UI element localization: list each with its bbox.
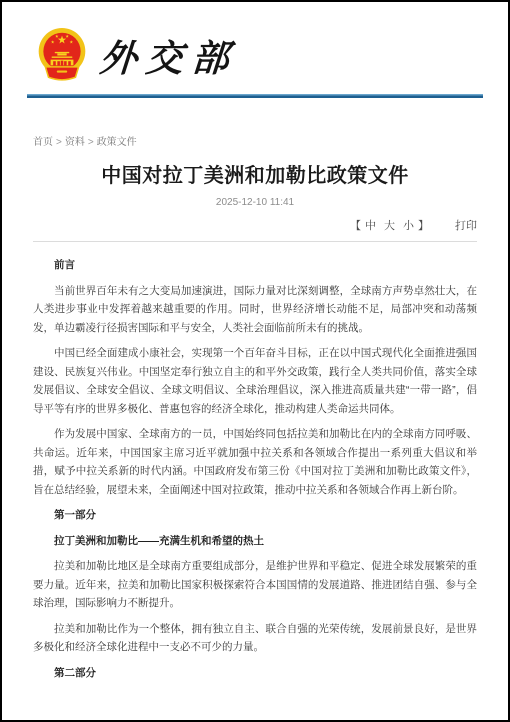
section-heading: 第一部分 xyxy=(33,506,477,525)
article-paragraph: 中国已经全面建成小康社会，实现第一个百年奋斗目标，正在以中国式现代化全面推进强国… xyxy=(33,344,477,418)
font-size-bracket-close: 】 xyxy=(418,217,429,233)
font-size-medium-button[interactable]: 中 xyxy=(365,217,376,233)
article-paragraph: 作为发展中国家、全球南方的一员，中国始终同包括拉美和加勒比在内的全球南方同呼吸、… xyxy=(33,425,477,499)
section-heading: 第二部分 xyxy=(33,664,477,683)
header-accent-line xyxy=(27,94,483,98)
breadcrumb-item-1[interactable]: 资料 xyxy=(65,137,85,148)
article-paragraph: 拉美和加勒比作为一个整体，拥有独立自主、联合自强的光荣传统，发展前景良好，是世界… xyxy=(33,620,477,657)
breadcrumb-item-2[interactable]: 政策文件 xyxy=(97,137,137,148)
breadcrumb-item-0[interactable]: 首页 xyxy=(33,137,53,148)
breadcrumb: 首页>资料>政策文件 xyxy=(33,133,477,148)
page: 外交部 首页>资料>政策文件 中国对拉丁美洲和加勒比政策文件 2025-12-1… xyxy=(2,2,508,720)
print-button[interactable]: 打印 xyxy=(455,217,477,233)
section-heading: 拉丁美洲和加勒比——充满生机和希望的热土 xyxy=(33,532,477,551)
breadcrumb-separator: > xyxy=(88,137,94,148)
article-paragraph: 拉美和加勒比地区是全球南方重要组成部分，是维护世界和平稳定、促进全球发展繁荣的重… xyxy=(33,557,477,613)
site-title-calligraphy: 外交部 xyxy=(98,28,240,82)
font-size-bracket-open: 【 xyxy=(350,217,361,233)
publish-date: 2025-12-10 11:41 xyxy=(2,197,508,208)
site-header: 外交部 xyxy=(2,2,508,84)
article-body: 前言当前世界百年未有之大变局加速演进，国际力量对比深刻调整，全球南方声势卓然壮大… xyxy=(33,242,477,682)
article-toolbar: 【中大小】打印 xyxy=(33,217,477,233)
breadcrumb-separator: > xyxy=(56,137,62,148)
page-title: 中国对拉丁美洲和加勒比政策文件 xyxy=(42,159,468,188)
font-size-small-button[interactable]: 小 xyxy=(403,217,414,233)
section-heading: 前言 xyxy=(33,256,477,275)
article-paragraph: 当前世界百年未有之大变局加速演进，国际力量对比深刻调整，全球南方声势卓然壮大，在… xyxy=(33,282,477,338)
font-size-large-button[interactable]: 大 xyxy=(384,217,395,233)
national-emblem-icon xyxy=(36,27,88,84)
